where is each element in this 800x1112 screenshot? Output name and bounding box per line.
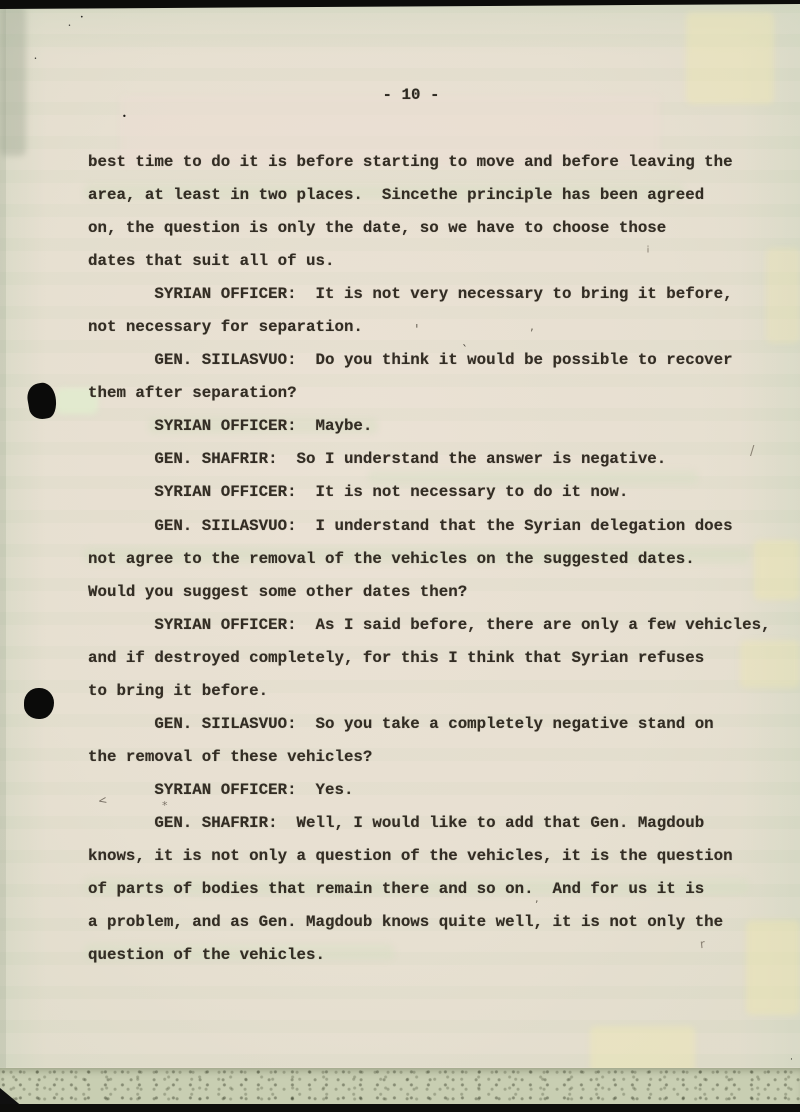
transcript-line: to bring it before. [88, 675, 798, 708]
transcript-line: SYRIAN OFFICER: As I said before, there … [88, 609, 798, 642]
scan-border-top [0, 0, 800, 10]
page-number: - 10 - [0, 86, 800, 104]
transcript-line: not necessary for separation. [88, 311, 798, 344]
transcript-line: GEN. SHAFRIR: So I understand the answer… [88, 443, 798, 476]
scanned-document-page: - 10 - best time to do it is before star… [0, 0, 800, 1112]
transcript-line: SYRIAN OFFICER: It is not very necessary… [88, 278, 798, 311]
ink-speck: , [535, 893, 539, 904]
transcript-line: and if destroyed completely, for this I … [88, 642, 798, 675]
transcript-line: area, at least in two places. Sincethe p… [88, 179, 798, 212]
ink-speck: ' [415, 324, 419, 337]
transcript-text-block: best time to do it is before starting to… [88, 146, 798, 972]
hole-punch-mark [25, 381, 59, 421]
scan-bottom-texture-band [0, 1068, 800, 1106]
transcript-line: them after separation? [88, 377, 798, 410]
hole-punch-mark [24, 688, 54, 719]
transcript-line: best time to do it is before starting to… [88, 146, 798, 179]
ink-speck: , [530, 320, 534, 332]
transcript-line: a problem, and as Gen. Magdoub knows qui… [88, 906, 798, 939]
transcript-line: SYRIAN OFFICER: It is not necessary to d… [88, 476, 798, 509]
transcript-line: the removal of these vehicles? [88, 741, 798, 774]
transcript-line: SYRIAN OFFICER: Maybe. [88, 410, 798, 443]
transcript-line: GEN. SIILASVUO: I understand that the Sy… [88, 510, 798, 543]
ink-speck: ¡ [646, 244, 650, 254]
transcript-line: not agree to the removal of the vehicles… [88, 543, 798, 576]
scan-border-bottom [0, 1104, 800, 1112]
transcript-line: GEN. SIILASVUO: Do you think it would be… [88, 344, 798, 377]
ink-speck: / [750, 445, 754, 458]
transcript-line: of parts of bodies that remain there and… [88, 873, 798, 906]
paper-discoloration-patch [590, 1026, 695, 1074]
ink-speck: < [97, 794, 108, 806]
scan-left-edge-shading [0, 0, 6, 1112]
ink-speck: • [122, 113, 127, 121]
transcript-line: on, the question is only the date, so we… [88, 212, 798, 245]
ink-speck: • [34, 57, 37, 62]
ink-speck: ` [462, 344, 468, 356]
transcript-line: GEN. SIILASVUO: So you take a completely… [88, 708, 798, 741]
ink-speck: • [68, 24, 71, 29]
ink-speck: * [162, 800, 168, 811]
transcript-line: GEN. SHAFRIR: Well, I would like to add … [88, 807, 798, 840]
transcript-line: Would you suggest some other dates then? [88, 576, 798, 609]
paper-discoloration-patch [0, 6, 26, 156]
ink-speck: • [80, 15, 84, 21]
ink-speck: · [790, 1056, 793, 1065]
transcript-line: dates that suit all of us. [88, 245, 798, 278]
ink-speck: r [699, 938, 705, 950]
transcript-line: SYRIAN OFFICER: Yes. [88, 774, 798, 807]
transcript-line: knows, it is not only a question of the … [88, 840, 798, 873]
transcript-line: question of the vehicles. [88, 939, 798, 972]
